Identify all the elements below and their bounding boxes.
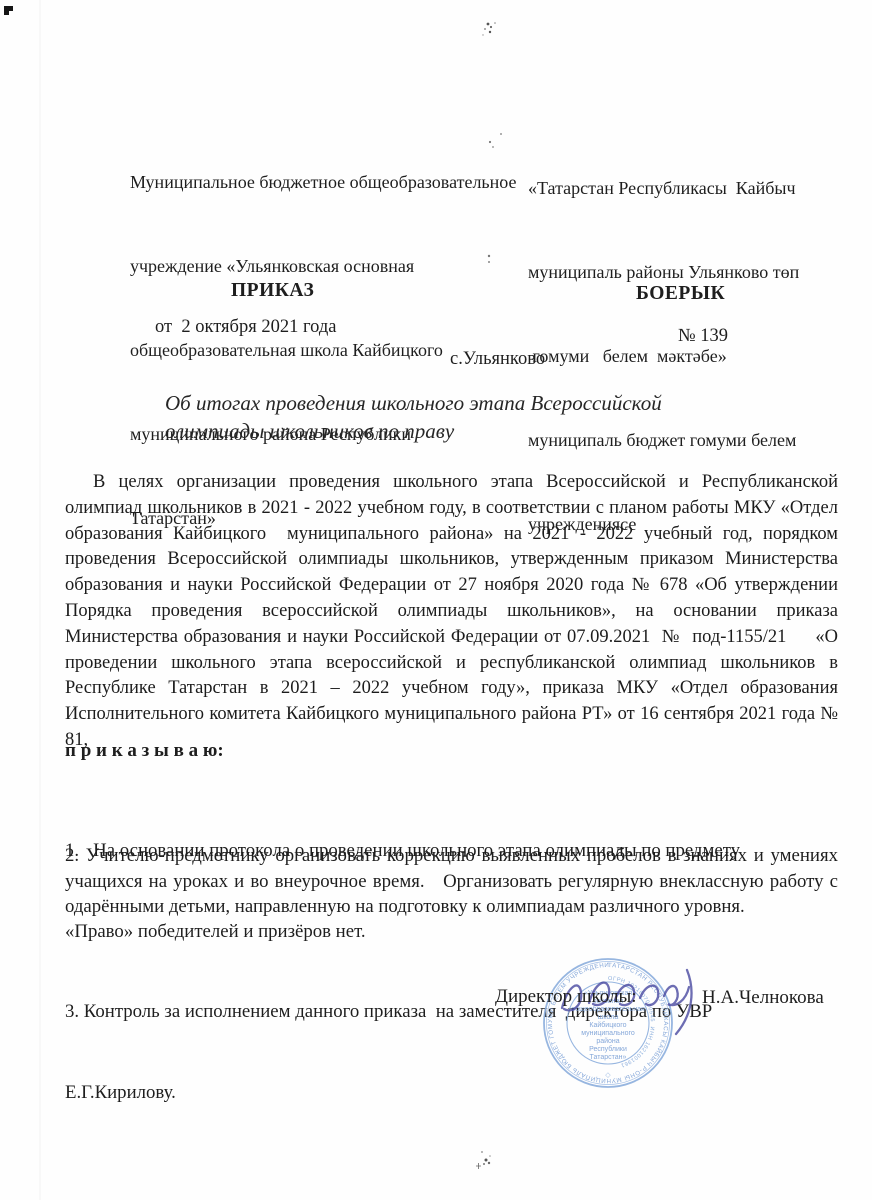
org-name-line: учреждение «Ульянковская основная — [130, 252, 530, 280]
svg-text:Татарстан»: Татарстан» — [590, 1054, 627, 1061]
scan-speck — [476, 16, 502, 42]
scan-corner-mark — [3, 5, 15, 17]
order-subject: Об итогах проведения школьного этапа Все… — [165, 389, 725, 445]
svg-text:Республики: Республики — [589, 1045, 627, 1053]
order-item-2: 2. Учителю-предметнику организовать корр… — [65, 843, 838, 920]
decree-word: п р и к а з ы в а ю: — [65, 740, 224, 762]
scanned-document-page: Муниципальное бюджетное общеобразователь… — [0, 0, 872, 1200]
org-name-line: «Татарстан Республикасы Кайбыч — [528, 174, 868, 202]
signature-name: Н.А.Челнокова — [702, 987, 824, 1009]
order-item-line: «Право» победителей и призёров нет. — [65, 918, 838, 945]
order-preamble: В целях организации проведения школьного… — [65, 470, 838, 754]
order-place: с.Ульянково — [450, 349, 545, 370]
order-item-line: Е.Г.Кирилову. — [65, 1079, 838, 1106]
order-title-tatar: БОЕРЫК — [636, 283, 725, 305]
order-title-russian: ПРИКАЗ — [231, 280, 314, 302]
seal-diamond-ornament: ◇ — [605, 1072, 611, 1079]
order-number: № 139 — [678, 326, 728, 347]
org-name-line: Муниципальное бюджетное общеобразователь… — [130, 168, 530, 196]
order-item-3: 3. Контроль за исполнением данного прика… — [65, 944, 838, 1160]
org-name-line: муниципаль районы Ульянково төп — [528, 258, 868, 286]
scan-streak-artifact — [39, 0, 41, 1200]
order-date: от 2 октября 2021 года — [155, 317, 336, 338]
signature-label: Директор школы: — [495, 986, 637, 1008]
